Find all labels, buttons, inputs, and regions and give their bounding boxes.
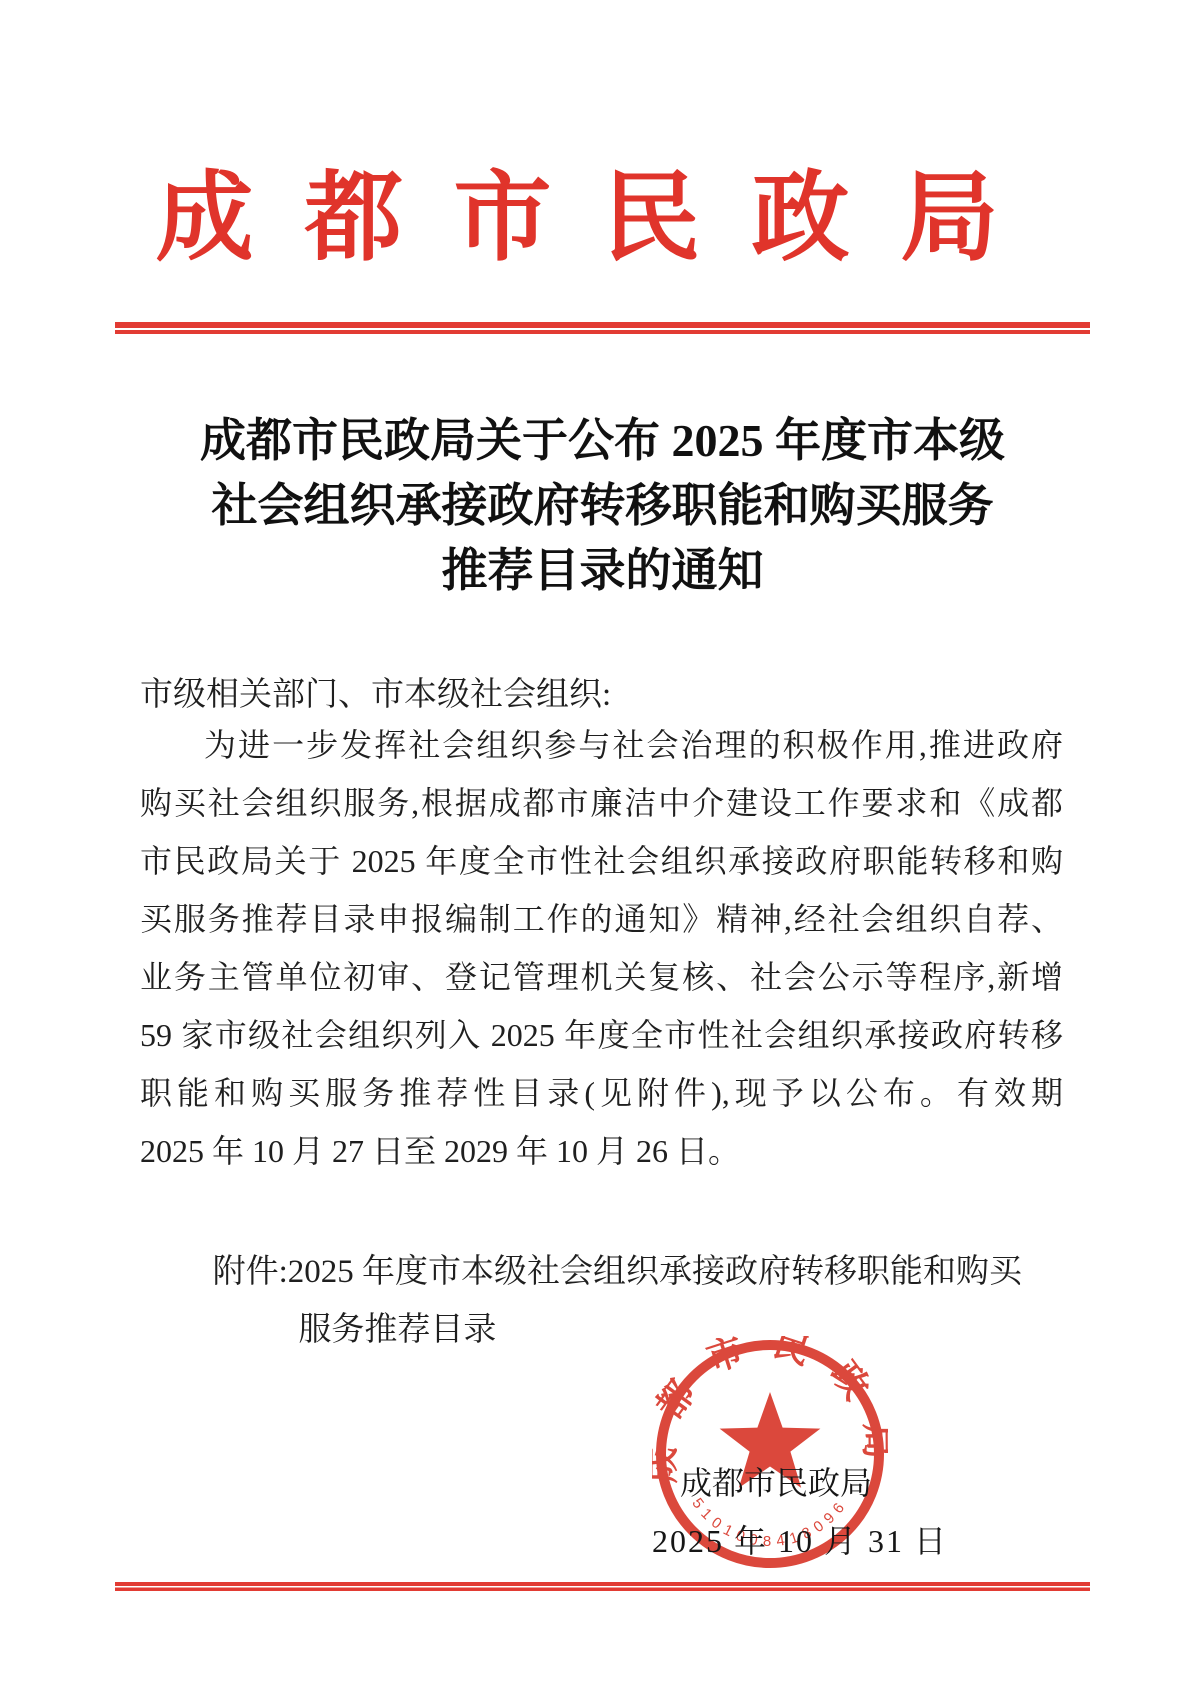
document-title: 成都市民政局关于公布 2025 年度市本级 社会组织承接政府转移职能和购买服务 …: [115, 408, 1090, 603]
signature-agency: 成都市民政局: [680, 1458, 872, 1504]
body-line: 59 家市级社会组织列入 2025 年度全市性社会组织承接政府转移: [140, 1006, 1063, 1064]
body-line: 购买社会组织服务,根据成都市廉洁中介建设工作要求和《成都: [140, 774, 1063, 832]
body-paragraph: 为进一步发挥社会组织参与社会治理的积极作用,推进政府 购买社会组织服务,根据成都…: [140, 716, 1063, 1180]
attachment-line-2: 服务推荐目录: [140, 1301, 1100, 1359]
body-line: 买服务推荐目录申报编制工作的通知》精神,经社会组织自荐、: [140, 890, 1063, 948]
title-line-2: 社会组织承接政府转移职能和购买服务: [115, 473, 1090, 538]
agency-letterhead: 成都市民政局: [115, 156, 1090, 283]
document-page: 成都市民政局 成都市民政局关于公布 2025 年度市本级 社会组织承接政府转移职…: [0, 0, 1200, 1704]
title-line-1: 成都市民政局关于公布 2025 年度市本级: [115, 408, 1090, 473]
body-line: 职能和购买服务推荐性目录(见附件),现予以公布。有效期: [140, 1064, 1063, 1122]
salutation: 市级相关部门、市本级社会组织:: [140, 668, 611, 715]
body-line: 市民政局关于 2025 年度全市性社会组织承接政府职能转移和购: [140, 832, 1063, 890]
header-divider-line: [115, 322, 1090, 334]
signature-date: 2025 年 10 月 31 日: [652, 1516, 948, 1562]
attachment-line-1: 附件:2025 年度市本级社会组织承接政府转移职能和购买: [140, 1243, 1100, 1301]
footer-divider-line: [115, 1582, 1090, 1591]
body-line: 2025 年 10 月 27 日至 2029 年 10 月 26 日。: [140, 1122, 1063, 1180]
body-line: 业务主管单位初审、登记管理机关复核、社会公示等程序,新增: [140, 948, 1063, 1006]
title-line-3: 推荐目录的通知: [115, 538, 1090, 603]
attachment-note: 附件:2025 年度市本级社会组织承接政府转移职能和购买 服务推荐目录: [140, 1243, 1100, 1359]
body-line: 为进一步发挥社会组织参与社会治理的积极作用,推进政府: [140, 716, 1063, 774]
